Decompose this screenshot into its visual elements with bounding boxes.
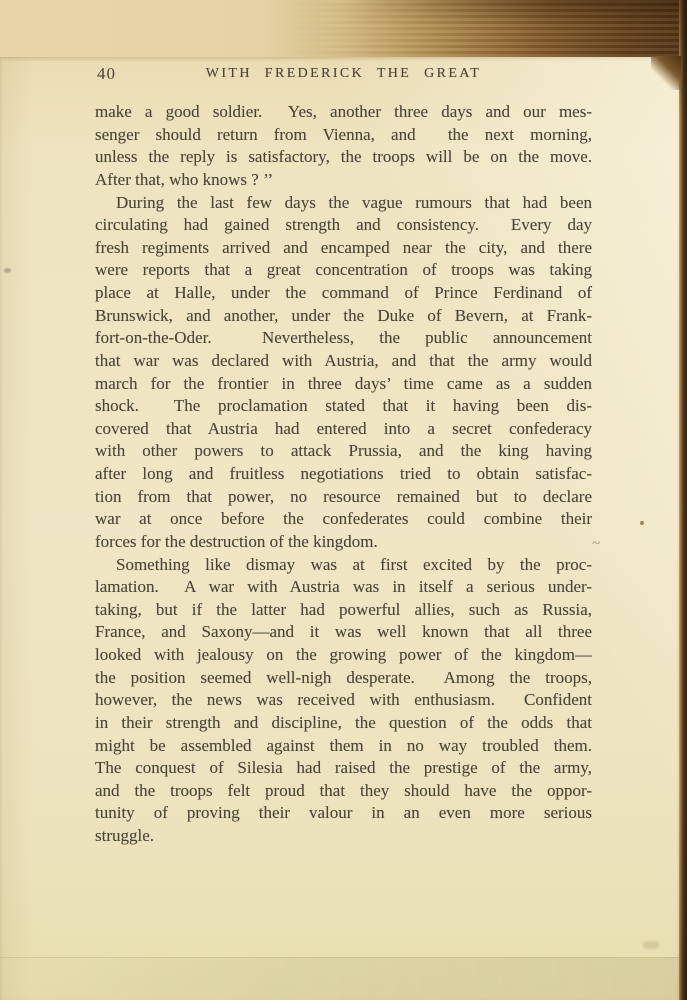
text-line: after long and fruitless negotiations tr… — [95, 463, 592, 486]
scan-speck — [643, 941, 659, 949]
text-line: with other powers to attack Prussia, and… — [95, 440, 592, 463]
text-line: were reports that a great concentration … — [95, 259, 592, 282]
text-line: shock. The proclamation stated that it h… — [95, 395, 592, 418]
scan-pencil-mark: ~ — [592, 536, 600, 553]
page-corner-shadow — [651, 56, 681, 90]
text-line: covered that Austria had entered into a … — [95, 418, 592, 441]
text-line: war at once before the confederates coul… — [95, 508, 592, 531]
page-header: 40 WITH FREDERICK THE GREAT — [95, 64, 592, 86]
page-bottom-shading — [0, 957, 679, 1000]
text-line: The conquest of Silesia had raised the p… — [95, 757, 592, 780]
text-line: place at Halle, under the command of Pri… — [95, 282, 592, 305]
text-line: fresh regiments arrived and encamped nea… — [95, 237, 592, 260]
text-line: unless the reply is satisfactory, the tr… — [95, 146, 592, 169]
text-line: looked with jealousy on the growing powe… — [95, 644, 592, 667]
text-line: the position seemed well-nigh desperate.… — [95, 667, 592, 690]
page-body: make a good soldier. Yes, another three … — [95, 101, 592, 848]
text-line: senger should return from Vienna, and th… — [95, 124, 592, 147]
text-line: France, and Saxony—and it was well known… — [95, 621, 592, 644]
text-line: tion from that power, no resource remain… — [95, 486, 592, 509]
text-line: After that, who knows ? ’’ — [95, 169, 592, 192]
text-line: forces for the destruction of the kingdo… — [95, 531, 592, 554]
text-line: tunity of proving their valour in an eve… — [95, 802, 592, 825]
scan-speck — [640, 521, 644, 525]
text-line: however, the news was received with enth… — [95, 689, 592, 712]
book-edge-right-shadow — [679, 0, 687, 1000]
scan-speck — [4, 268, 11, 273]
text-line: taking, but if the latter had powerful a… — [95, 599, 592, 622]
text-line: in their strength and discipline, the qu… — [95, 712, 592, 735]
text-line: Brunswick, and another, under the Duke o… — [95, 305, 592, 328]
running-title: WITH FREDERICK THE GREAT — [95, 66, 592, 82]
book-edge-top-shadow — [0, 0, 687, 58]
text-line: might be assembled against them in no wa… — [95, 735, 592, 758]
text-line: that war was declared with Austria, and … — [95, 350, 592, 373]
text-line: circulating had gained strength and cons… — [95, 214, 592, 237]
text-line: During the last few days the vague rumou… — [95, 192, 592, 215]
text-line: make a good soldier. Yes, another three … — [95, 101, 592, 124]
text-line: fort-on-the-Oder. Nevertheless, the publ… — [95, 327, 592, 350]
text-line: and the troops felt proud that they shou… — [95, 780, 592, 803]
text-line: march for the frontier in three days’ ti… — [95, 373, 592, 396]
text-line: struggle. — [95, 825, 592, 848]
text-line: Something like dismay was at first excit… — [95, 554, 592, 577]
text-line: lamation. A war with Austria was in itse… — [95, 576, 592, 599]
